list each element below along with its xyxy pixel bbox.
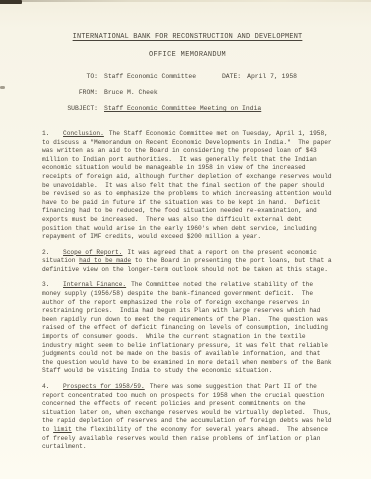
paragraph-heading: Prospects for 1958/59. <box>63 383 145 390</box>
to-value: Staff Economic Committee <box>104 73 196 82</box>
date-value: April 7, 1958 <box>247 73 297 82</box>
memo-content: INTERNATIONAL BANK FOR RECONSTRUCTION AN… <box>0 0 371 452</box>
paragraph-text: the flexibility of the economy for sever… <box>42 426 332 450</box>
memo-paragraph-4: 4.Prospects for 1958/59.There was some s… <box>42 383 333 452</box>
paragraph-text: The Committee noted the relative stabili… <box>42 281 335 374</box>
to-label: TO: <box>42 73 98 82</box>
scan-smudge <box>0 86 5 89</box>
from-row: FROM: Bruce M. Cheek <box>42 89 333 98</box>
subject-label: SUBJECT: <box>42 105 98 114</box>
paragraph-text: The Staff Economic Committee met on Tues… <box>42 130 335 240</box>
subject-row: SUBJECT: Staff Economic Committee Meetin… <box>42 105 333 114</box>
date-label: DATE: <box>222 73 241 82</box>
paragraph-number: 2. <box>42 249 63 258</box>
memo-paragraph-1: 1.Conclusion.The Staff Economic Committe… <box>42 130 333 242</box>
date-group: DATE: April 7, 1958 <box>222 73 297 82</box>
paragraph-heading: Scope of Report. <box>63 249 122 256</box>
memo-paragraph-3: 3.Internal Finance.The Committee noted t… <box>42 281 333 376</box>
document-type-heading: OFFICE MEMORANDUM <box>42 51 333 60</box>
memo-paragraph-2: 2.Scope of Report.It was agreed that a r… <box>42 249 333 275</box>
to-date-row: TO: Staff Economic Committee DATE: April… <box>42 73 333 82</box>
paragraph-heading: Conclusion. <box>63 130 104 137</box>
memo-page: INTERNATIONAL BANK FOR RECONSTRUCTION AN… <box>0 0 371 479</box>
subject-value: Staff Economic Committee Meeting on Indi… <box>104 105 261 114</box>
from-label: FROM: <box>42 89 98 98</box>
paragraph-number: 1. <box>42 130 63 139</box>
paragraph-number: 4. <box>42 383 63 392</box>
organization-title: INTERNATIONAL BANK FOR RECONSTRUCTION AN… <box>42 33 333 42</box>
paragraph-emphasis: had to be made <box>79 257 131 264</box>
scan-corner-mark <box>0 0 22 4</box>
from-value: Bruce M. Cheek <box>104 89 158 98</box>
paragraph-heading: Internal Finance. <box>63 281 126 288</box>
paragraph-emphasis: limit <box>53 426 72 433</box>
memo-body: 1.Conclusion.The Staff Economic Committe… <box>42 130 333 452</box>
scan-edge-artifact <box>0 0 371 2</box>
paragraph-number: 3. <box>42 281 63 290</box>
